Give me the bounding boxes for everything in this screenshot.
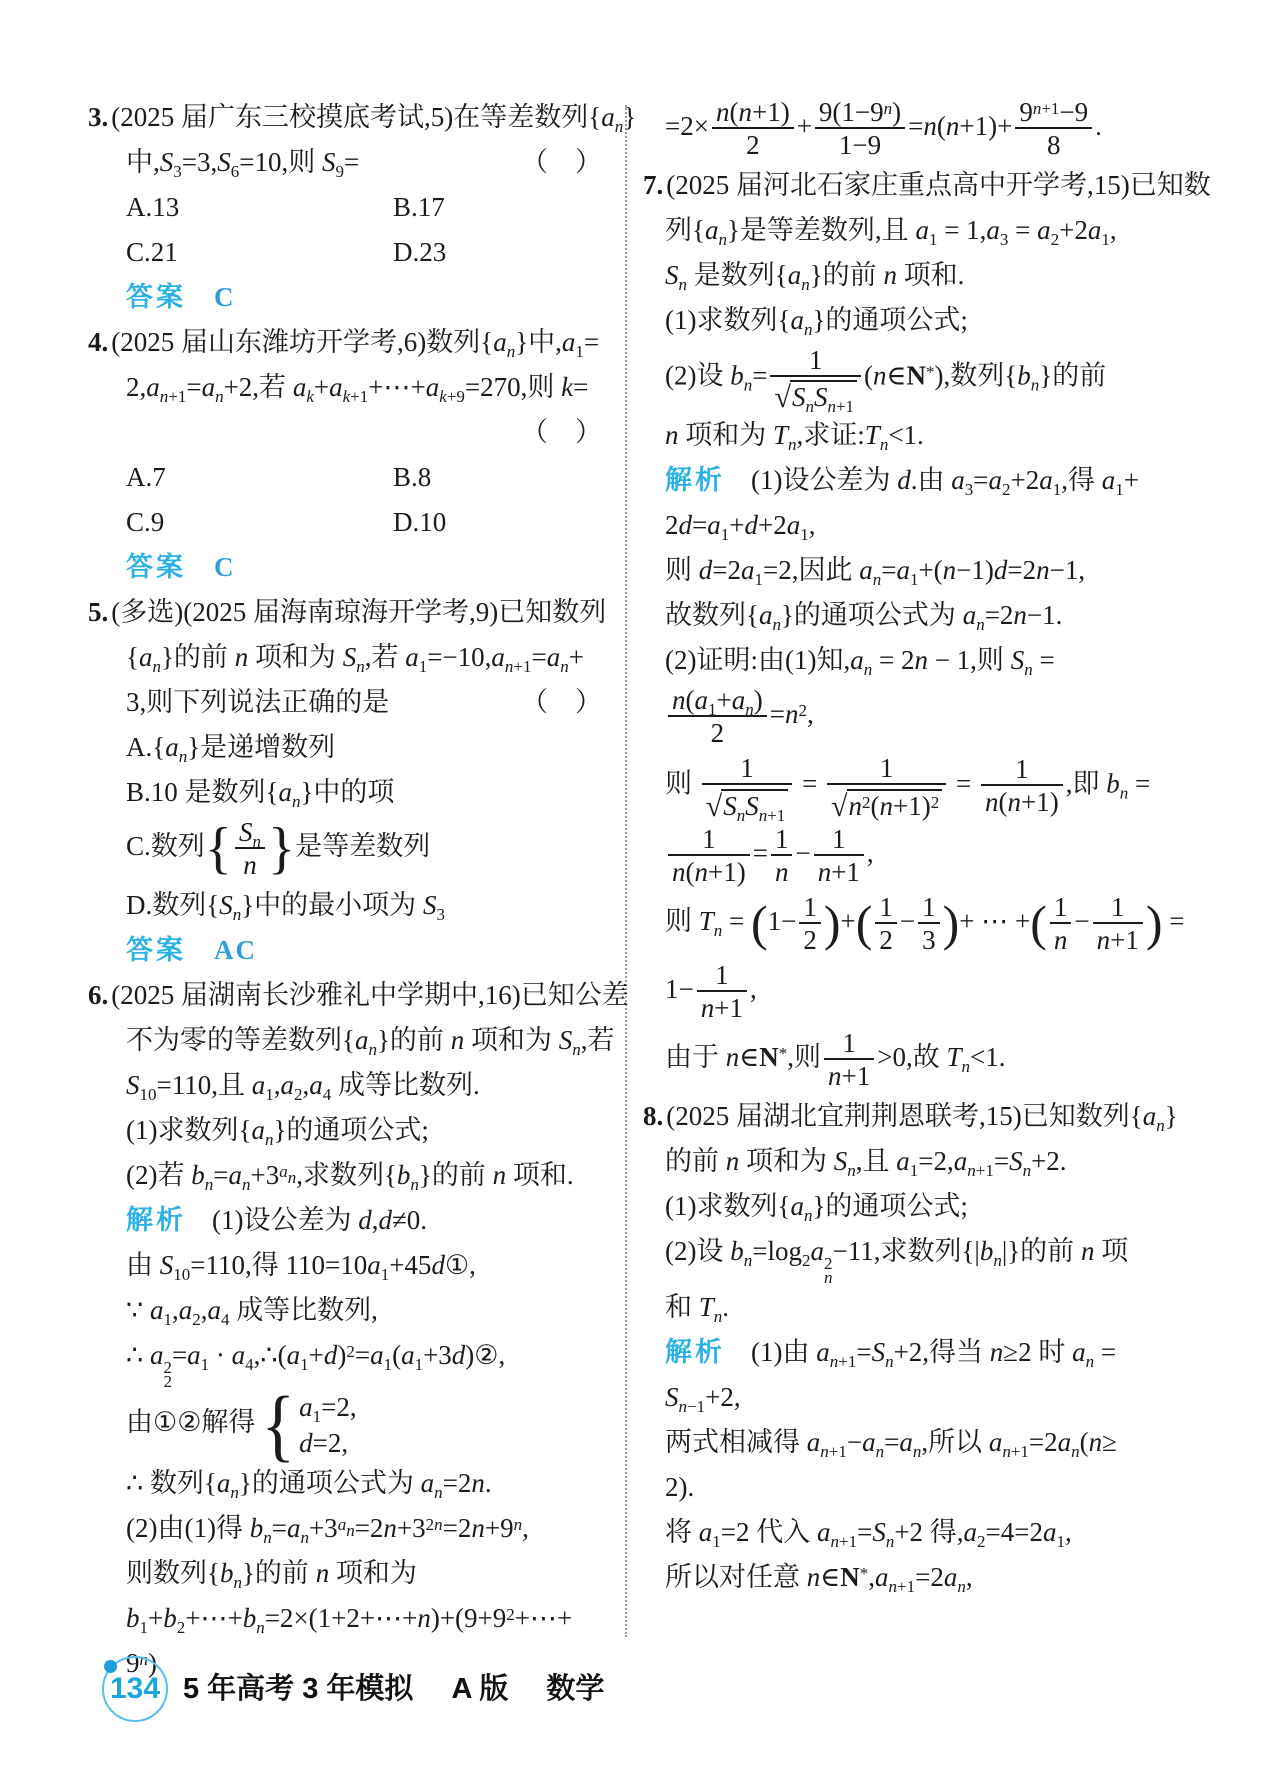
choice-brackets: （ ） — [521, 410, 602, 455]
choice-brackets: （ ） — [521, 140, 602, 185]
problem-8-line-1: 8.(2025 届湖北宜荆荆恩联考,15)已知数列{an} — [643, 1094, 1195, 1139]
problem-7-line-6: n 项和为 Tn,求证:Tn<1. — [643, 413, 1195, 458]
problem-number: 5. — [88, 597, 108, 627]
solution-line: 1−1n+1, — [643, 958, 1195, 1026]
option-label: D.10 — [393, 500, 446, 545]
problem-8-q1: (1)求数列{an}的通项公式; — [643, 1184, 1195, 1229]
series-title: 5 年高考 3 年模拟 — [183, 1673, 413, 1705]
answer-row: 答案AC — [88, 928, 604, 973]
solution-line: 由 S10=110,得 110=10a1+45d①, — [88, 1243, 604, 1288]
problem-number: 4. — [88, 327, 108, 357]
problem-7-line-1: 7.(2025 届河北石家庄重点高中开学考,15)已知数 — [643, 163, 1195, 208]
options-row: C.9D.10 — [88, 500, 604, 545]
edition-label: A 版 — [451, 1673, 508, 1705]
problem-6-line-2: 不为零的等差数列{an}的前 n 项和为 Sn,若 — [88, 1018, 604, 1063]
problem-6-q1: (1)求数列{an}的通项公式; — [88, 1108, 604, 1153]
right-column: =2×n(n+1)2+9(1−9n)1−9=n(n+1)+9n+1−98.7.(… — [643, 95, 1195, 1600]
solution-line: n(a1+an)2=n2, — [643, 683, 1195, 751]
left-column: 3.(2025 届广东三校摸底考试,5)在等差数列{an}中,S3=3,S6=1… — [88, 95, 604, 1686]
problem-6-q2: (2)若 bn=an+3an,求数列{bn}的前 n 项和. — [88, 1153, 604, 1198]
answer-value: C — [214, 552, 236, 582]
column-divider — [625, 105, 627, 1637]
problem-6-line-1: 6.(2025 届湖南长沙雅礼中学期中,16)已知公差 — [88, 973, 604, 1018]
badge-dot-icon — [104, 1660, 117, 1673]
solution-line: 将 a1=2 代入 an+1=Sn+2 得,a2=4=2a1, — [643, 1510, 1195, 1555]
problem-4-line-3: （ ） — [88, 410, 604, 455]
option-c: C.数列{Snn}是等差数列 — [88, 815, 604, 883]
solution-line: 由①②解得{a1=2,d=2, — [88, 1389, 604, 1461]
solution-line: (2)证明:由(1)知,an = 2n − 1,则 Sn = — [643, 638, 1195, 683]
answer-row: 答案C — [88, 275, 604, 320]
option-b: B.10 是数列{an}中的项 — [88, 770, 604, 815]
problem-7-line-2: 列{an}是等差数列,且 a1 = 1,a3 = a2+2a1, — [643, 208, 1195, 253]
option-label: C.9 — [126, 507, 164, 537]
answer-row: 答案C — [88, 545, 604, 590]
problem-3-line-2: 中,S3=3,S6=10,则 S9=（ ） — [88, 140, 604, 185]
problem-7-q1: (1)求数列{an}的通项公式; — [643, 298, 1195, 343]
problem-5-line-2: {an}的前 n 项和为 Sn,若 a1=−10,an+1=an+ — [88, 635, 604, 680]
solution-line: 解析(1)设公差为 d,d≠0. — [88, 1198, 604, 1243]
options-row: C.21D.23 — [88, 230, 604, 275]
options-row: A.7B.8 — [88, 455, 604, 500]
options-row: A.13B.17 — [88, 185, 604, 230]
solution-line: ∴ 数列{an}的通项公式为 an=2n. — [88, 1461, 604, 1506]
problem-4-line-2: 2,an+1=an+2,若 ak+ak+1+⋯+ak+9=270,则 k= — [88, 365, 604, 410]
solution-line: 则 Tn = (1−12)+(12−13)+ ⋯ +(1n−1n+1) = — [643, 890, 1195, 958]
solution-line: 故数列{an}的通项公式为 an=2n−1. — [643, 593, 1195, 638]
problem-7-line-3: Sn 是数列{an}的前 n 项和. — [643, 253, 1195, 298]
solution-line: ∴ a22=a1 · a4,∴(a1+d)2=a1(a1+3d)②, — [88, 1333, 604, 1389]
page-number: 134 — [110, 1672, 160, 1706]
problem-3-line-1: 3.(2025 届广东三校摸底考试,5)在等差数列{an} — [88, 95, 604, 140]
solution-line: 1n(n+1)=1n−1n+1, — [643, 822, 1195, 890]
problem-number: 6. — [88, 980, 108, 1010]
option-label: A.7 — [126, 462, 166, 492]
choice-brackets: （ ） — [521, 680, 602, 725]
solution-line: 所以对任意 n∈N*,an+1=2an, — [643, 1555, 1195, 1600]
solution-line: b1+b2+⋯+bn=2×(1+2+⋯+n)+(9+92+⋯+ — [88, 1596, 604, 1641]
answer-value: AC — [214, 935, 257, 965]
problem-number: 3. — [88, 102, 108, 132]
option-d: D.数列{Sn}中的最小项为 S3 — [88, 883, 604, 928]
option-label: B.8 — [393, 455, 431, 500]
problem-number: 8. — [643, 1101, 663, 1131]
solution-line: 两式相减得 an+1−an=an,所以 an+1=2an(n≥ — [643, 1420, 1195, 1465]
solution-line: 则数列{bn}的前 n 项和为 — [88, 1551, 604, 1596]
problem-5-line-1: 5.(多选)(2025 届海南琼海开学考,9)已知数列 — [88, 590, 604, 635]
problem-4-line-1: 4.(2025 届山东潍坊开学考,6)数列{an}中,a1= — [88, 320, 604, 365]
problem-8-line-2: 的前 n 项和为 Sn,且 a1=2,an+1=Sn+2. — [643, 1139, 1195, 1184]
solution-line: 解析(1)由 an+1=Sn+2,得当 n≥2 时 an = — [643, 1330, 1195, 1375]
solution-line: ∵ a1,a2,a4 成等比数列, — [88, 1288, 604, 1333]
solution-line: 由于 n∈N*,则1n+1>0,故 Tn<1. — [643, 1026, 1195, 1094]
answer-label: 答案 — [126, 282, 186, 312]
solution-line: Sn−1+2, — [643, 1375, 1195, 1420]
answer-label: 答案 — [126, 552, 186, 582]
answer-label: 答案 — [126, 935, 186, 965]
problem-5-line-3: 3,则下列说法正确的是（ ） — [88, 680, 604, 725]
option-label: B.17 — [393, 185, 445, 230]
problem-6-line-3: S10=110,且 a1,a2,a4 成等比数列. — [88, 1063, 604, 1108]
problem-7-q2: (2)设 bn=1√SnSn+1(n∈N*),数列{bn}的前 — [643, 343, 1195, 413]
option-a: A.{an}是递增数列 — [88, 725, 604, 770]
option-label: C.21 — [126, 237, 178, 267]
problem-8-line-5: 和 Tn. — [643, 1285, 1195, 1330]
page-footer: 134 5 年高考 3 年模拟A 版数学 — [0, 1650, 1276, 1740]
answer-value: C — [214, 282, 236, 312]
problem-number: 7. — [643, 170, 663, 200]
solution-line: 2d=a1+d+2a1, — [643, 503, 1195, 548]
solution-line: 则 d=2a1=2,因此 an=a1+(n−1)d=2n−1, — [643, 548, 1195, 593]
solution-line: 2). — [643, 1465, 1195, 1510]
option-label: D.23 — [393, 230, 446, 275]
solution-line: (2)由(1)得 bn=an+3an=2n+32n=2n+9n, — [88, 1506, 604, 1551]
problem-8-q2: (2)设 bn=log2a2n−11,求数列{|bn|}的前 n 项 — [643, 1229, 1195, 1285]
footer-title: 5 年高考 3 年模拟A 版数学 — [183, 1666, 642, 1707]
subject-label: 数学 — [546, 1673, 604, 1705]
solution-line: 解析(1)设公差为 d.由 a3=a2+2a1,得 a1+ — [643, 458, 1195, 503]
solution-line: =2×n(n+1)2+9(1−9n)1−9=n(n+1)+9n+1−98. — [643, 95, 1195, 163]
textbook-page: 3.(2025 届广东三校摸底考试,5)在等差数列{an}中,S3=3,S6=1… — [0, 0, 1276, 1790]
solution-line: 则 1√SnSn+1 = 1√n2(n+1)2 = 1n(n+1),即 bn = — [643, 751, 1195, 821]
option-label: A.13 — [126, 192, 179, 222]
